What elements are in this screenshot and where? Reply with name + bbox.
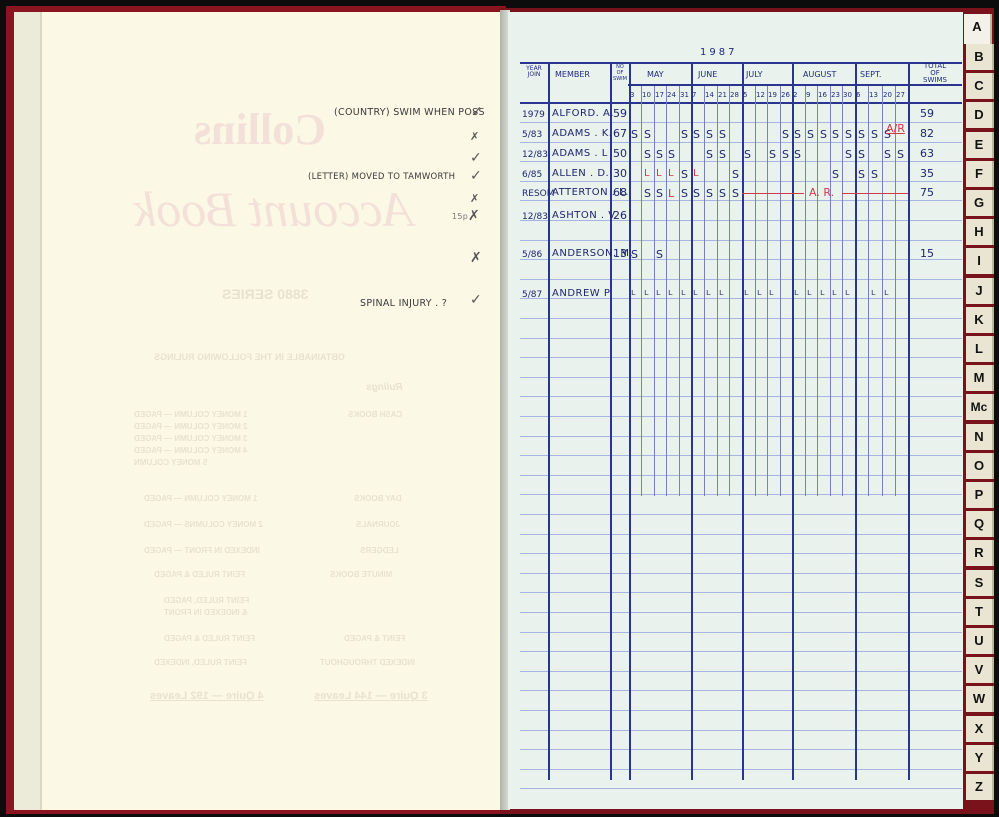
date-label: 19 [768, 91, 777, 99]
attendance-mark: ʟ [884, 288, 889, 298]
attendance-mark: S [832, 168, 839, 181]
attendance-mark: S [706, 187, 713, 200]
attendance-mark: S [871, 168, 878, 181]
attendance-mark: L [668, 187, 674, 200]
attendance-mark: ʟ [668, 288, 673, 298]
header-member: MEMBER [555, 70, 590, 79]
attendance-mark: S [845, 148, 852, 161]
attendance-mark: ʟ [845, 288, 850, 298]
index-tabs: ABCDEFGHIJKLMMcNOPQRSTUVWXYZ [962, 14, 988, 809]
ruled-line [520, 553, 962, 554]
attendance-mark: S [719, 187, 726, 200]
ruled-line [520, 671, 962, 672]
attendance-mark: ʟ [681, 288, 686, 298]
attendance-mark: ʟ [871, 288, 876, 298]
swim-count: 13 [613, 247, 627, 260]
attendance-mark: S [706, 128, 713, 141]
year-joined: RESOM [522, 189, 555, 199]
header-month-july: JULY [746, 70, 763, 79]
total-swims: 63 [920, 147, 934, 160]
ar-note: A/R [886, 122, 905, 135]
year-joined: 12/83 [522, 150, 548, 160]
date-label: 13 [869, 91, 878, 99]
attendance-mark: S [884, 148, 891, 161]
bleed-row-right: 2 MONEY COLUMN — PAGED [134, 422, 248, 431]
date-label: 14 [705, 91, 714, 99]
index-tab-b[interactable]: B [966, 44, 994, 70]
ruled-line [520, 612, 962, 613]
ruled-line [520, 690, 962, 691]
attendance-mark: S [871, 128, 878, 141]
header-month-may: MAY [647, 70, 664, 79]
date-label: 2 [793, 91, 797, 99]
bleed-row-right: 3 MONEY COLUMN — PAGED [134, 434, 248, 443]
attendance-mark: ʟ [807, 288, 812, 298]
date-rule [704, 86, 705, 496]
header-month-june: JUNE [698, 70, 717, 79]
cross-icon: ✗ [470, 192, 479, 205]
date-rule [817, 86, 818, 496]
index-tab-r[interactable]: R [966, 540, 994, 566]
ruled-line [520, 730, 962, 731]
header-top-rule [520, 62, 962, 64]
index-tab-c[interactable]: C [966, 73, 994, 99]
check-icon: ✓ [470, 150, 482, 166]
date-rule [830, 86, 831, 496]
attendance-mark: S [732, 187, 739, 200]
year-joined: 1979 [522, 110, 545, 120]
column-rule [908, 62, 910, 780]
date-rule [679, 86, 680, 496]
attendance-mark: ʟ [644, 288, 649, 298]
index-tab-d[interactable]: D [966, 102, 994, 128]
attendance-mark: S [656, 248, 663, 261]
check-icon: ✓ [470, 292, 482, 308]
bleed-footer-right: 4 Quire — 192 Leaves [150, 690, 264, 702]
index-tab-t[interactable]: T [966, 599, 994, 625]
bleed-row-left: CASH BOOKS [348, 410, 402, 419]
date-label: 27 [896, 91, 905, 99]
ruled-line [520, 592, 962, 593]
left-page: Collins Account Book 3880 SERIES OBTAINA… [14, 12, 500, 810]
attendance-mark: S [820, 128, 827, 141]
bleed-row-left: LEDGERS [360, 546, 399, 555]
date-label: 10 [642, 91, 651, 99]
header-month-sept: SEPT. [860, 70, 881, 79]
attendance-mark: S [644, 148, 651, 161]
date-rule [780, 86, 781, 496]
attendance-mark: S [794, 148, 801, 161]
date-label: 21 [718, 91, 727, 99]
index-tab-h[interactable]: H [966, 219, 994, 245]
attendance-mark: S [644, 187, 651, 200]
date-label: 3 [630, 91, 634, 99]
date-label: 23 [831, 91, 840, 99]
column-rule [792, 62, 794, 780]
date-label: 28 [730, 91, 739, 99]
index-tab-x[interactable]: X [966, 716, 994, 742]
swim-count: 50 [613, 147, 627, 160]
note-15p: 15p [452, 212, 468, 221]
attendance-mark: S [693, 187, 700, 200]
note-spinal-injury: SPINAL INJURY . ? [360, 298, 447, 309]
index-tab-o[interactable]: O [966, 453, 994, 479]
attendance-mark: S [706, 148, 713, 161]
year-joined: 5/86 [522, 250, 542, 260]
swim-count: 30 [613, 167, 627, 180]
attendance-mark: S [782, 148, 789, 161]
index-tab-v[interactable]: V [966, 657, 994, 683]
index-tab-a[interactable]: A [964, 14, 992, 44]
ruled-line [520, 632, 962, 633]
attendance-mark: S [631, 128, 638, 141]
index-tab-w[interactable]: W [966, 686, 994, 712]
bleed-row-right: FEINT RULED, INDEXED [154, 658, 247, 667]
swim-count: 68 [613, 186, 627, 199]
attendance-mark: ʟ [631, 288, 636, 298]
swim-count: 26 [613, 209, 627, 222]
index-tab-y[interactable]: Y [966, 745, 994, 771]
date-label: 26 [781, 91, 790, 99]
date-rule [654, 86, 655, 496]
index-tab-k[interactable]: K [966, 307, 994, 333]
member-name: ALFORD. A. [552, 108, 614, 119]
index-tab-l[interactable]: L [966, 336, 994, 362]
attendance-mark: ʟ [794, 288, 799, 298]
header-total-swims: TOTAL OF SWIMS [910, 63, 960, 84]
date-label: 17 [655, 91, 664, 99]
attendance-mark: S [897, 148, 904, 161]
bleed-row-right: FEINT RULED, PAGED [164, 596, 249, 605]
index-tab-q[interactable]: Q [966, 511, 994, 537]
date-rule [755, 86, 756, 496]
index-tab-f[interactable]: F [966, 161, 994, 187]
year-joined: 5/83 [522, 130, 542, 140]
note-moved-tamworth: (LETTER) MOVED TO TAMWORTH [308, 172, 455, 182]
date-label: 5 [743, 91, 747, 99]
member-name: ALLEN . D. [552, 168, 609, 179]
date-label: 9 [806, 91, 810, 99]
index-tab-i[interactable]: I [966, 248, 994, 274]
bleed-row-right: 5 MONEY COLUMN [134, 458, 207, 467]
attendance-mark: S [744, 148, 751, 161]
check-icon: ✓ [471, 104, 483, 120]
note-country-swim: (COUNTRY) SWIM WHEN POSS [334, 107, 485, 118]
member-name: ASHTON . V [552, 210, 616, 221]
bleed-row-right: INDEXED IN FRONT — PAGED [144, 546, 260, 555]
ruled-line [520, 788, 962, 789]
year-joined: 5/87 [522, 290, 542, 300]
attendance-mark: L [656, 168, 662, 179]
attendance-mark: ʟ [656, 288, 661, 298]
bleed-row-right: FEINT RULED & PAGED [164, 634, 255, 643]
ar-line [742, 193, 804, 194]
attendance-mark: ʟ [693, 288, 698, 298]
bleed-row-right: 4 MONEY COLUMN — PAGED [134, 446, 248, 455]
index-tab-mc[interactable]: Mc [966, 394, 994, 420]
bleed-row-right: & INDEXED IN FRONT [164, 608, 248, 617]
header-label: JOIN [521, 72, 547, 78]
bleed-brand: Collins [194, 104, 326, 155]
attendance-mark: S [719, 128, 726, 141]
index-tab-m[interactable]: M [966, 365, 994, 391]
bleed-row-right: 2 MONEY COLUMNS — PAGED [144, 520, 263, 529]
header-no-of-swims: NO OF SWIM [611, 64, 629, 82]
bleed-row-right: 1 MONEY COLUMN — PAGED [134, 410, 248, 419]
date-label: 16 [818, 91, 827, 99]
ruled-line [520, 651, 962, 652]
date-label: 20 [883, 91, 892, 99]
attendance-mark: ʟ [744, 288, 749, 298]
attendance-mark: S [681, 128, 688, 141]
attendance-mark: S [644, 128, 651, 141]
total-swims: 59 [920, 107, 934, 120]
index-tab-j[interactable]: J [966, 278, 994, 304]
date-label: 12 [756, 91, 765, 99]
index-tab-u[interactable]: U [966, 628, 994, 654]
index-tab-n[interactable]: N [966, 424, 994, 450]
date-rule [767, 86, 768, 496]
ruled-line [520, 710, 962, 711]
swim-count: 59 [613, 107, 627, 120]
attendance-mark: S [794, 128, 801, 141]
attendance-mark: ʟ [769, 288, 774, 298]
header-month-august: AUGUST [803, 70, 836, 79]
date-rule [895, 86, 896, 496]
attendance-mark: S [681, 187, 688, 200]
column-rule [548, 62, 550, 780]
ruled-line [520, 514, 962, 515]
bleed-row-right: FEINT RULED & PAGED [154, 570, 245, 579]
bleed-row-left: JOURNALS [356, 520, 400, 529]
header-label: SWIM [611, 76, 629, 82]
bleed-heading: Rulings [366, 382, 403, 393]
attendance-mark: S [858, 148, 865, 161]
attendance-mark: S [858, 168, 865, 181]
date-rule [641, 86, 642, 496]
date-label: 7 [692, 91, 696, 99]
date-label: 31 [680, 91, 689, 99]
attendance-mark: S [782, 128, 789, 141]
bleed-row-left: MINUTE BOOKS [330, 570, 392, 579]
date-rule [729, 86, 730, 496]
attendance-mark: ʟ [719, 288, 724, 298]
ledger-year: 1987 [700, 47, 737, 58]
year-joined: 6/85 [522, 170, 542, 180]
column-rule [610, 62, 612, 780]
attendance-mark: ʟ [757, 288, 762, 298]
column-rule [742, 62, 744, 780]
attendance-mark: L [644, 168, 650, 179]
index-tab-g[interactable]: G [966, 190, 994, 216]
attendance-mark: ʟ [832, 288, 837, 298]
member-name: ADAMS . K. [552, 128, 612, 139]
date-rule [868, 86, 869, 496]
index-tab-s[interactable]: S [966, 570, 994, 596]
bleed-row-right: 1 MONEY COLUMN — PAGED [144, 494, 258, 503]
attendance-mark: ʟ [706, 288, 711, 298]
date-rule [882, 86, 883, 496]
check-icon: ✓ [470, 168, 482, 184]
total-swims: 82 [920, 127, 934, 140]
bleed-row-left: FEINT & PAGED [344, 634, 405, 643]
bleed-script-title: Account Book [134, 180, 413, 238]
cross-icon: ✗ [470, 130, 479, 143]
attendance-mark: S [845, 128, 852, 141]
bleed-footer-left: 3 Quire — 144 Leaves [314, 690, 428, 702]
ruled-line [520, 769, 962, 770]
index-tab-p[interactable]: P [966, 482, 994, 508]
cross-icon: ✗ [470, 250, 482, 266]
index-tab-e[interactable]: E [966, 132, 994, 158]
date-label: 6 [856, 91, 860, 99]
column-rule [855, 62, 857, 780]
attendance-mark: S [719, 148, 726, 161]
ar-line [842, 193, 908, 194]
total-swims: 15 [920, 247, 934, 260]
date-rule [842, 86, 843, 496]
attendance-mark: S [681, 168, 688, 181]
bleed-series: 3880 SERIES [222, 286, 308, 302]
total-swims: 35 [920, 167, 934, 180]
bleed-subtitle: OBTAINABLE IN THE FOLLOWING RULINGS [154, 352, 345, 362]
header-year-joined: YEAR JOIN [521, 66, 547, 78]
attendance-mark: ʟ [820, 288, 825, 298]
attendance-mark: S [656, 187, 663, 200]
attendance-mark: L [668, 168, 674, 179]
attendance-mark: S [668, 148, 675, 161]
attendance-mark: S [807, 128, 814, 141]
attendance-mark: S [769, 148, 776, 161]
index-tab-z[interactable]: Z [966, 774, 994, 800]
date-rule [666, 86, 667, 496]
date-rule [717, 86, 718, 496]
attendance-mark: S [832, 128, 839, 141]
bleed-row-left: DAY BOOKS [354, 494, 402, 503]
attendance-mark: S [858, 128, 865, 141]
attendance-mark: S [656, 148, 663, 161]
attendance-mark: L [693, 168, 699, 179]
attendance-mark: S [732, 168, 739, 181]
member-name: ANDREW P [552, 288, 610, 299]
column-rule [629, 62, 631, 780]
bleed-row-left: INDEXED THROUGHOUT [320, 658, 415, 667]
attendance-mark: S [631, 248, 638, 261]
ruled-line [520, 534, 962, 535]
endpaper-strip [14, 12, 42, 810]
date-label: 24 [667, 91, 676, 99]
date-rule [805, 86, 806, 496]
attendance-mark: S [693, 128, 700, 141]
ar-note: A. R. [809, 186, 834, 199]
member-name: ADAMS . L [552, 148, 608, 159]
header-label: SWIMS [910, 77, 960, 84]
ruled-line [520, 573, 962, 574]
year-joined: 12/83 [522, 212, 548, 222]
date-label: 30 [843, 91, 852, 99]
ruled-line [520, 749, 962, 750]
total-swims: 75 [920, 186, 934, 199]
swim-count: 67 [613, 127, 627, 140]
cross-icon: ✗ [468, 208, 480, 224]
